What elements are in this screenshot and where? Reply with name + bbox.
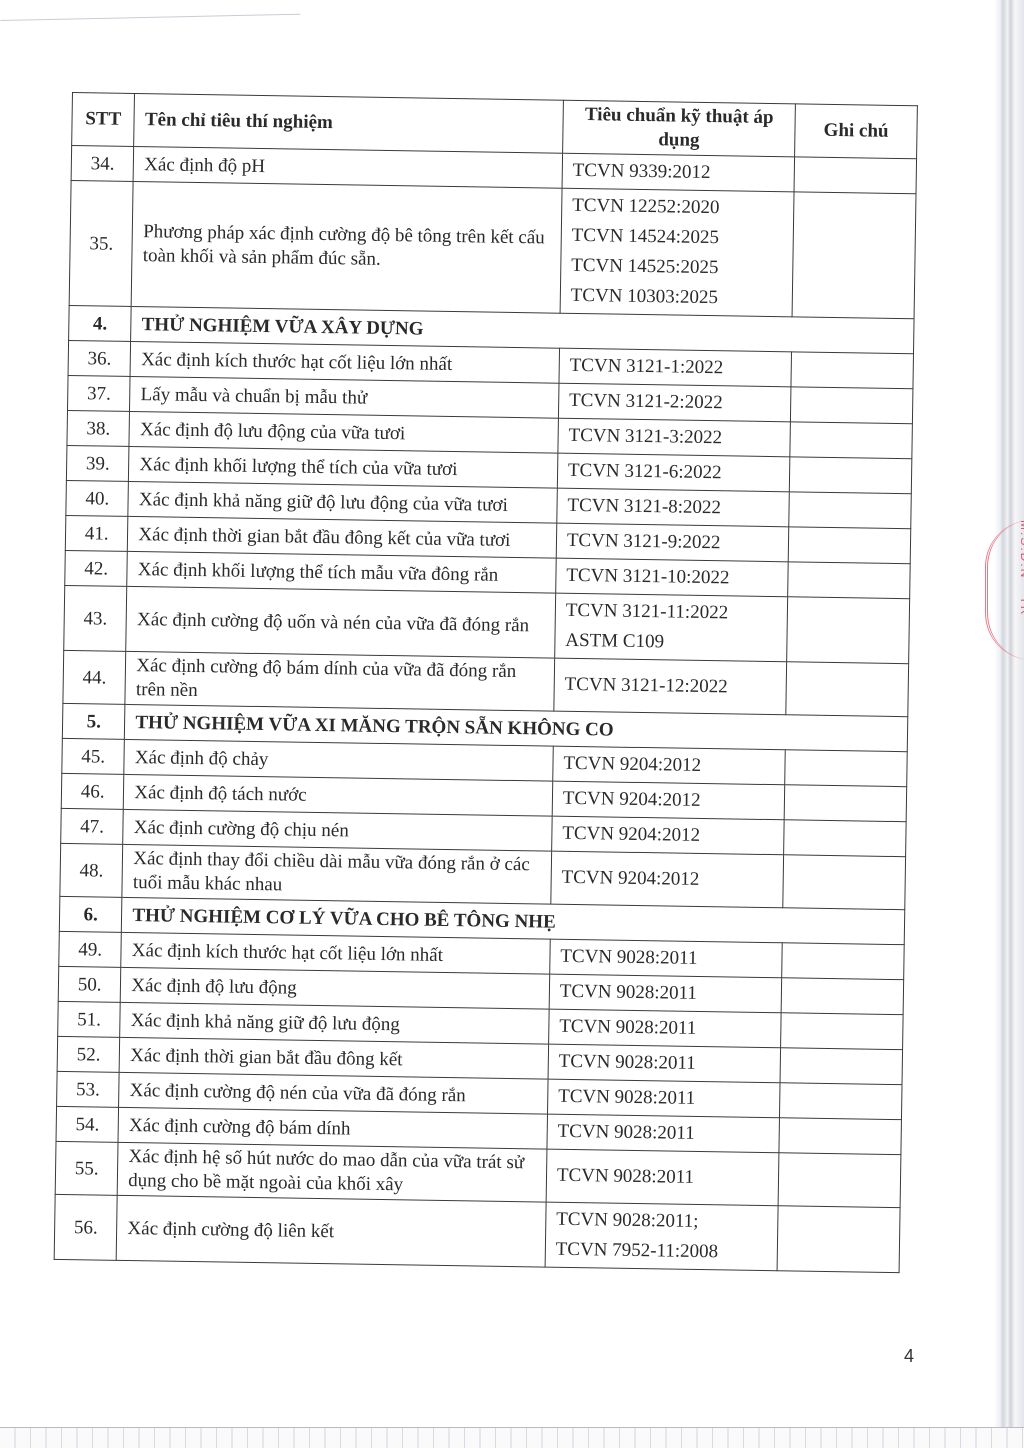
- standard-cell: TCVN 9028:2011: [547, 1114, 780, 1153]
- row-number: 41.: [65, 515, 128, 551]
- note-cell: [783, 855, 906, 910]
- note-cell: [788, 527, 910, 564]
- standard-cell: TCVN 3121-8:2022: [557, 488, 790, 527]
- standard-code: TCVN 9028:2011: [557, 1117, 769, 1150]
- row-number: 39.: [66, 445, 129, 481]
- note-cell: [788, 562, 910, 599]
- red-stamp-partial: M.S.Đ.N * TR: [985, 520, 1024, 660]
- standard-code: TCVN 3121-10:2022: [566, 561, 778, 594]
- standard-code: TCVN 9204:2012: [563, 749, 775, 782]
- standard-cell: TCVN 3121-11:2022ASTM C109: [555, 593, 788, 662]
- standard-code: TCVN 9028:2011: [558, 1082, 770, 1115]
- row-number: 34.: [71, 146, 134, 182]
- note-cell: [792, 192, 916, 319]
- header-note: Ghi chú: [795, 104, 918, 159]
- row-number: 43.: [64, 585, 127, 651]
- table-body: 34.Xác định độ pHTCVN 9339:201235.Phương…: [54, 146, 916, 1273]
- row-number: 49.: [59, 931, 122, 967]
- standard-code: TCVN 3121-2:2022: [569, 386, 781, 419]
- standard-cell: TCVN 9204:2012: [553, 746, 786, 785]
- test-name: Xác định thay đổi chiều dài mẫu vữa đóng…: [122, 844, 551, 904]
- standard-code: TCVN 9028:2011: [558, 1047, 770, 1080]
- standard-code: TCVN 9204:2012: [562, 819, 774, 852]
- note-cell: [794, 157, 916, 194]
- note-cell: [779, 1118, 901, 1155]
- row-number: 56.: [54, 1194, 117, 1260]
- row-number: 53.: [57, 1071, 120, 1107]
- standard-cell: TCVN 9028:2011;TCVN 7952-11:2008: [545, 1202, 778, 1271]
- page-number: 4: [904, 1346, 914, 1367]
- header-standard: Tiêu chuẩn kỹ thuật áp dụng: [562, 100, 795, 157]
- standard-code: TCVN 3121-3:2022: [568, 421, 780, 454]
- row-number: 47.: [61, 808, 124, 844]
- standard-code: TCVN 7952-11:2008: [556, 1235, 768, 1268]
- section-number: 5.: [62, 703, 125, 739]
- row-number: 36.: [68, 340, 131, 376]
- row-number: 46.: [61, 773, 124, 809]
- row-number: 50.: [58, 966, 121, 1002]
- standard-cell: TCVN 3121-2:2022: [558, 383, 791, 422]
- test-name: Xác định cường độ liên kết: [117, 1195, 546, 1267]
- row-number: 35.: [69, 180, 133, 306]
- test-name: Xác định cường độ uốn và nén của vữa đã …: [126, 586, 555, 658]
- standard-code: ASTM C109: [565, 626, 777, 659]
- standard-code: TCVN 3121-1:2022: [569, 351, 781, 384]
- note-cell: [787, 597, 910, 664]
- standard-cell: TCVN 9204:2012: [552, 816, 785, 855]
- note-cell: [781, 1013, 903, 1050]
- note-cell: [786, 662, 909, 717]
- standard-cell: TCVN 9204:2012: [552, 781, 785, 820]
- row-number: 52.: [57, 1036, 120, 1072]
- row-number: 45.: [62, 738, 125, 774]
- test-standards-table-wrapper: STT Tên chỉ tiêu thí nghiệm Tiêu chuẩn k…: [54, 92, 918, 1273]
- standard-code: TCVN 9028:2011;: [556, 1205, 768, 1238]
- note-cell: [790, 457, 912, 494]
- standard-cell: TCVN 9339:2012: [562, 153, 795, 192]
- test-name: Xác định hệ số hút nước do mao dẫn của v…: [118, 1142, 547, 1202]
- test-standards-table: STT Tên chỉ tiêu thí nghiệm Tiêu chuẩn k…: [54, 92, 918, 1273]
- header-stt: STT: [72, 93, 135, 147]
- table-row: 56.Xác định cường độ liên kếtTCVN 9028:2…: [54, 1194, 900, 1272]
- standard-cell: TCVN 9028:2011: [550, 939, 783, 978]
- row-number: 51.: [58, 1001, 121, 1037]
- note-cell: [791, 387, 913, 424]
- row-number: 55.: [55, 1141, 118, 1195]
- standard-cell: TCVN 9028:2011: [546, 1149, 779, 1206]
- note-cell: [780, 1083, 902, 1120]
- note-cell: [784, 785, 906, 822]
- standard-code: TCVN 9028:2011: [560, 977, 772, 1010]
- row-number: 40.: [66, 480, 129, 516]
- standard-cell: TCVN 3121-6:2022: [557, 453, 790, 492]
- standard-cell: TCVN 3121-12:2022: [554, 658, 787, 715]
- note-cell: [777, 1206, 900, 1273]
- table-row: 35.Phương pháp xác định cường độ bê tông…: [69, 180, 916, 318]
- standard-cell: TCVN 3121-1:2022: [559, 348, 792, 387]
- standard-code: TCVN 3121-8:2022: [567, 491, 779, 524]
- standard-code: TCVN 9204:2012: [561, 863, 773, 896]
- standard-code: TCVN 3121-6:2022: [568, 456, 780, 489]
- note-cell: [778, 1153, 901, 1208]
- standard-code: TCVN 9339:2012: [572, 156, 784, 189]
- row-number: 44.: [63, 650, 126, 704]
- note-cell: [785, 750, 907, 787]
- row-number: 48.: [60, 843, 123, 897]
- scan-edge-bottom: [0, 1427, 1024, 1448]
- note-cell: [780, 1048, 902, 1085]
- standard-code: TCVN 14524:2025: [571, 221, 783, 254]
- standard-cell: TCVN 9028:2011: [548, 1009, 781, 1048]
- note-cell: [781, 978, 903, 1015]
- standard-code: TCVN 9204:2012: [563, 784, 775, 817]
- section-number: 4.: [69, 305, 132, 341]
- standard-cell: TCVN 12252:2020TCVN 14524:2025TCVN 14525…: [560, 188, 794, 317]
- standard-code: TCVN 3121-12:2022: [564, 670, 776, 703]
- scan-edge-right: [994, 0, 1024, 1448]
- standard-code: TCVN 9028:2011: [559, 1012, 771, 1045]
- standard-cell: TCVN 3121-3:2022: [558, 418, 791, 457]
- test-name: Phương pháp xác định cường độ bê tông tr…: [131, 181, 561, 313]
- standard-cell: TCVN 3121-10:2022: [556, 558, 789, 597]
- standard-code: TCVN 12252:2020: [572, 191, 784, 224]
- standard-code: TCVN 9028:2011: [560, 942, 772, 975]
- standard-cell: TCVN 3121-9:2022: [556, 523, 789, 562]
- test-name: Xác định cường độ bám dính của vữa đã đó…: [125, 651, 554, 711]
- row-number: 54.: [56, 1106, 119, 1142]
- note-cell: [784, 820, 906, 857]
- standard-cell: TCVN 9028:2011: [547, 1079, 780, 1118]
- standard-cell: TCVN 9204:2012: [551, 851, 784, 908]
- row-number: 37.: [67, 375, 130, 411]
- note-cell: [789, 492, 911, 529]
- note-cell: [791, 352, 913, 389]
- standard-code: TCVN 10303:2025: [571, 281, 783, 314]
- row-number: 42.: [65, 550, 128, 586]
- row-number: 38.: [67, 410, 130, 446]
- note-cell: [790, 422, 912, 459]
- section-number: 6.: [59, 896, 122, 932]
- header-test-name: Tên chỉ tiêu thí nghiệm: [134, 93, 563, 153]
- standard-cell: TCVN 9028:2011: [549, 974, 782, 1013]
- standard-code: TCVN 3121-9:2022: [567, 526, 779, 559]
- standard-code: TCVN 3121-11:2022: [566, 596, 778, 629]
- scan-edge-top: [0, 0, 300, 21]
- standard-code: TCVN 9028:2011: [557, 1161, 769, 1194]
- standard-code: TCVN 14525:2025: [571, 251, 783, 284]
- note-cell: [782, 943, 904, 980]
- standard-cell: TCVN 9028:2011: [548, 1044, 781, 1083]
